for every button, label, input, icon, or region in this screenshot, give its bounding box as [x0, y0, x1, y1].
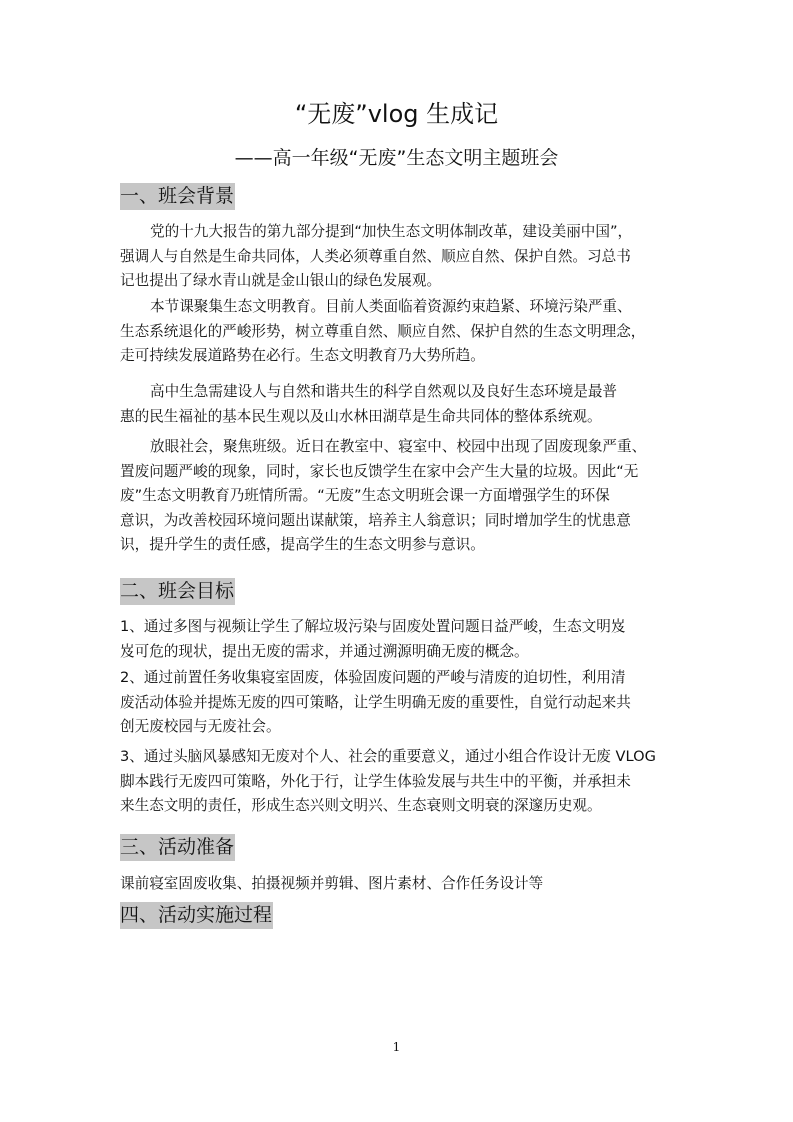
text-line: 意识，为改善校园环境问题出谋献策，培养主人翁意识；同时增加学生的忧患意	[120, 509, 686, 534]
goal-item-1: 1、通过多图与视频让学生了解垃圾污染与固废处置问题日益严峻，生态文明岌 岌可危的…	[120, 615, 686, 664]
goal-item-2: 2、通过前置任务收集寝室固废，体验固废问题的严峻与清废的迫切性，利用清 废活动体…	[120, 666, 686, 740]
preparation-paragraph: 课前寝室固废收集、拍摄视频并剪辑、图片素材、合作任务设计等	[120, 872, 686, 897]
page-number: 1	[0, 1040, 793, 1054]
document-subtitle: ——高一年级“无废”生态文明主题班会	[0, 144, 793, 172]
text-line: 惠的民生福祉的基本民生观以及山水林田湖草是生命共同体的整体系统观。	[120, 405, 686, 430]
text-line: 走可持续发展道路势在必行。生态文明教育乃大势所趋。	[120, 344, 686, 369]
background-paragraph-2: 本节课聚集生态文明教育。目前人类面临着资源约束趋紧、环境污染严重、 生态系统退化…	[120, 295, 686, 369]
text-line: 识，提升学生的责任感，提高学生的生态文明参与意识。	[120, 533, 686, 558]
background-paragraph-4: 放眼社会，聚焦班级。近日在教室中、寝室中、校园中出现了固废现象严重、 置废问题严…	[120, 435, 686, 558]
text-line: 记也提出了绿水青山就是金山银山的绿色发展观。	[120, 269, 686, 294]
text-line: 党的十九大报告的第九部分提到“加快生态文明体制改革，建设美丽中国”，	[120, 220, 686, 245]
section-heading-preparation: 三、活动准备	[120, 834, 235, 861]
text-line: 2、通过前置任务收集寝室固废，体验固废问题的严峻与清废的迫切性，利用清	[120, 666, 686, 691]
text-line: 1、通过多图与视频让学生了解垃圾污染与固废处置问题日益严峻，生态文明岌	[120, 615, 686, 640]
document-page: “无废”vlog 生成记 ——高一年级“无废”生态文明主题班会 一、班会背景 党…	[0, 0, 793, 1122]
text-line: 置废问题严峻的现象，同时，家长也反馈学生在家中会产生大量的垃圾。因此“无	[120, 460, 686, 485]
text-line: 强调人与自然是生命共同体，人类必须尊重自然、顺应自然、保护自然。习总书	[120, 245, 686, 270]
text-line: 放眼社会，聚焦班级。近日在教室中、寝室中、校园中出现了固废现象严重、	[120, 435, 686, 460]
text-line: 创无废校园与无废社会。	[120, 715, 686, 740]
document-title: “无废”vlog 生成记	[0, 97, 793, 131]
text-line: 3、通过头脑风暴感知无废对个人、社会的重要意义，通过小组合作设计无废 VLOG	[120, 745, 686, 770]
text-line: 岌可危的现状，提出无废的需求，并通过溯源明确无废的概念。	[120, 640, 686, 665]
goal-item-3: 3、通过头脑风暴感知无废对个人、社会的重要意义，通过小组合作设计无废 VLOG …	[120, 745, 686, 819]
text-line: 废”生态文明教育乃班情所需。“无废”生态文明班会课一方面增强学生的环保	[120, 484, 686, 509]
text-line: 脚本践行无废四可策略，外化于行，让学生体验发展与共生中的平衡，并承担未	[120, 770, 686, 795]
background-paragraph-3: 高中生急需建设人与自然和谐共生的科学自然观以及良好生态环境是最普 惠的民生福祉的…	[120, 380, 686, 429]
text-line: 来生态文明的责任，形成生态兴则文明兴、生态衰则文明衰的深邃历史观。	[120, 794, 686, 819]
text-line: 高中生急需建设人与自然和谐共生的科学自然观以及良好生态环境是最普	[120, 380, 686, 405]
text-line: 废活动体验并提炼无废的四可策略，让学生明确无废的重要性，自觉行动起来共	[120, 691, 686, 716]
text-line: 课前寝室固废收集、拍摄视频并剪辑、图片素材、合作任务设计等	[120, 872, 686, 897]
section-heading-background: 一、班会背景	[120, 183, 235, 210]
text-line: 本节课聚集生态文明教育。目前人类面临着资源约束趋紧、环境污染严重、	[120, 295, 686, 320]
text-line: 生态系统退化的严峻形势，树立尊重自然、顺应自然、保护自然的生态文明理念，	[120, 320, 686, 345]
section-heading-process: 四、活动实施过程	[120, 902, 273, 929]
section-heading-goals: 二、班会目标	[120, 578, 235, 605]
background-paragraph-1: 党的十九大报告的第九部分提到“加快生态文明体制改革，建设美丽中国”， 强调人与自…	[120, 220, 686, 294]
